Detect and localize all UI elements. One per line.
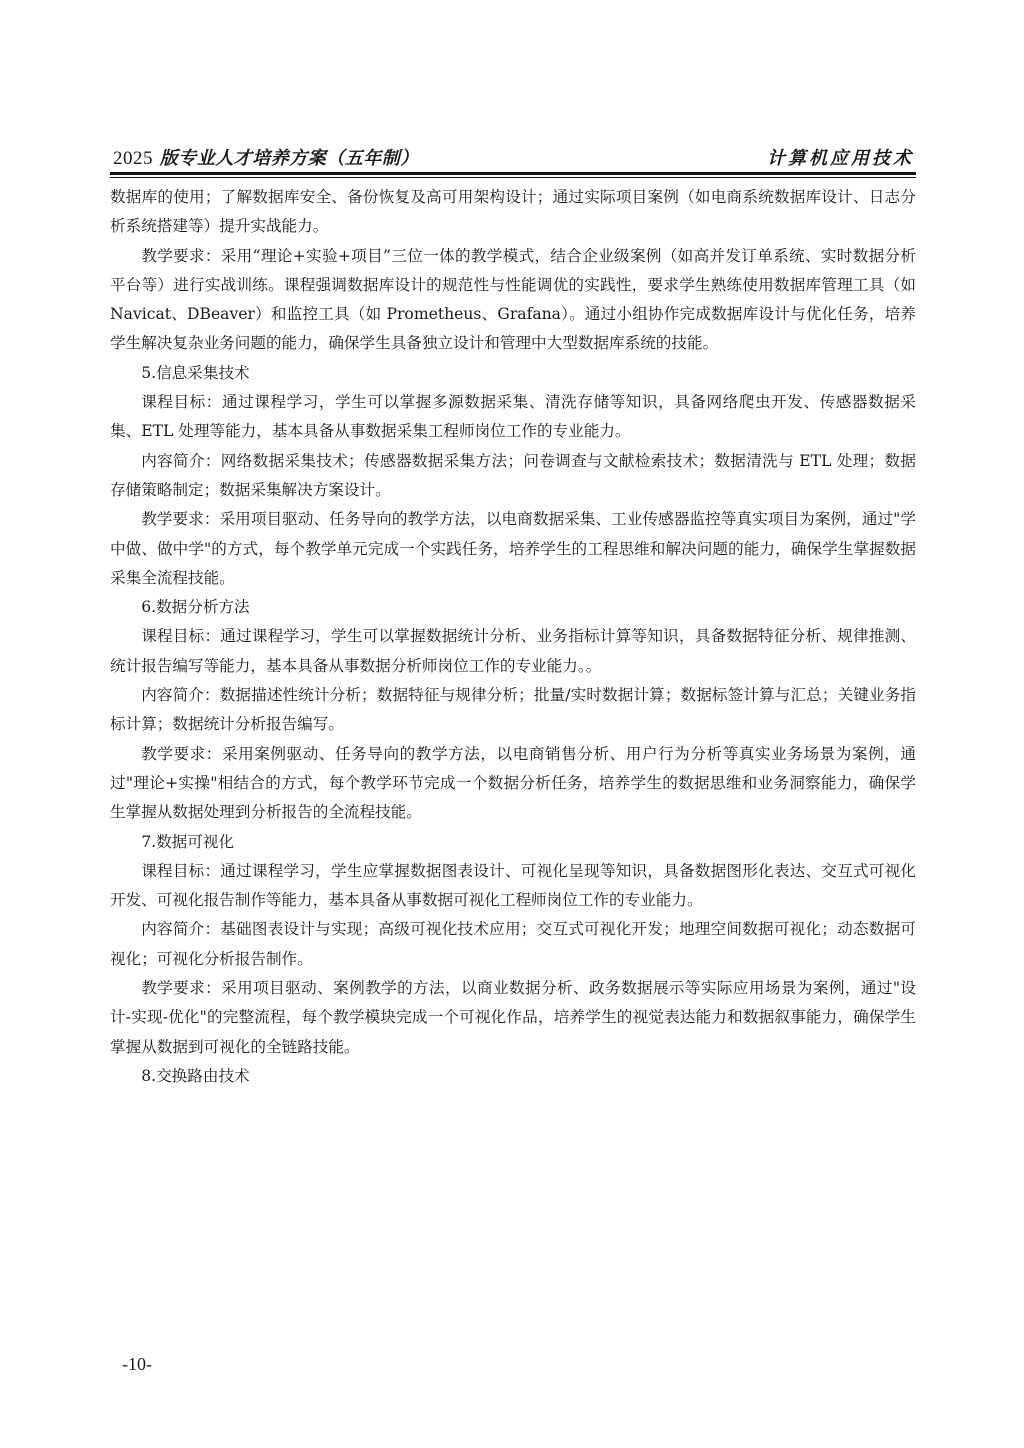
section-heading-7: 7.数据可视化 [110, 828, 916, 857]
section-heading-5: 5.信息采集技术 [110, 359, 916, 388]
paragraph-continuation: 数据库的使用；了解数据库安全、备份恢复及高可用架构设计；通过实际项目案例（如电商… [110, 183, 916, 242]
section-heading-6: 6.数据分析方法 [110, 593, 916, 622]
paragraph-content-summary: 内容简介：数据描述性统计分析；数据特征与规律分析；批量/实时数据计算；数据标签计… [110, 681, 916, 740]
paragraph-course-objective: 课程目标：通过课程学习，学生可以掌握多源数据采集、清洗存储等知识，具备网络爬虫开… [110, 388, 916, 447]
header-rule-thick [110, 172, 916, 175]
page-number: -10- [122, 1354, 152, 1375]
header-document-title: 2025 版专业人才培养方案（五年制） [113, 144, 419, 170]
paragraph-content-summary: 内容简介：网络数据采集技术；传感器数据采集方法；问卷调查与文献检索技术；数据清洗… [110, 447, 916, 506]
header-year: 2025 [113, 148, 153, 169]
header-rule-thin [110, 177, 916, 178]
paragraph-course-objective: 课程目标：通过课程学习，学生可以掌握数据统计分析、业务指标计算等知识，具备数据特… [110, 622, 916, 681]
paragraph-teaching-requirements: 教学要求：采用“理论+实验+项目”三位一体的教学模式，结合企业级案例（如高并发订… [110, 242, 916, 359]
paragraph-content-summary: 内容简介：基础图表设计与实现；高级可视化技术应用；交互式可视化开发；地理空间数据… [110, 915, 916, 974]
section-heading-8: 8.交换路由技术 [110, 1062, 916, 1091]
page-header: 2025 版专业人才培养方案（五年制） 计算机应用技术 [113, 144, 914, 168]
header-major-name: 计算机应用技术 [767, 144, 914, 170]
paragraph-teaching-requirements: 教学要求：采用项目驱动、案例教学的方法，以商业数据分析、政务数据展示等实际应用场… [110, 974, 916, 1062]
paragraph-teaching-requirements: 教学要求：采用项目驱动、任务导向的教学方法，以电商数据采集、工业传感器监控等真实… [110, 505, 916, 593]
page-body: 数据库的使用；了解数据库安全、备份恢复及高可用架构设计；通过实际项目案例（如电商… [110, 183, 916, 1091]
header-title: 版专业人才培养方案（五年制） [153, 148, 419, 169]
paragraph-course-objective: 课程目标：通过课程学习，学生应掌握数据图表设计、可视化呈现等知识，具备数据图形化… [110, 857, 916, 916]
paragraph-teaching-requirements: 教学要求：采用案例驱动、任务导向的教学方法，以电商销售分析、用户行为分析等真实业… [110, 740, 916, 828]
